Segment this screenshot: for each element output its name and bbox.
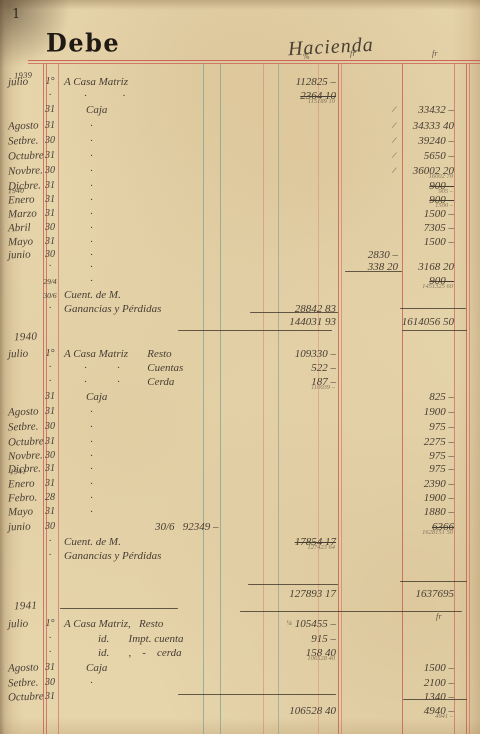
day-cell: 30 — [40, 249, 60, 260]
check-tick: / — [392, 150, 397, 160]
month-cell: Agosto — [8, 119, 39, 132]
small-correction: 1628151 50 — [422, 529, 453, 536]
amount-value: 1500 – — [424, 236, 454, 248]
description-cell: · — [90, 249, 93, 261]
description-cell: · — [90, 261, 93, 273]
description-cell: · — [90, 478, 93, 490]
day-cell: 30/6 — [40, 291, 60, 300]
ledger-row: Octubre31·2275 – — [0, 436, 480, 451]
amount-value: 2830 – — [368, 249, 398, 261]
ink-total-line — [248, 584, 338, 585]
description-cell: Caja — [86, 662, 107, 674]
small-correction: 4941 – — [435, 713, 453, 720]
ledger-row: julio1°A Casa Matriz Resto109330 – — [0, 348, 480, 363]
day-cell: 31 — [40, 691, 60, 702]
amount-cell-c: 2275 – — [400, 436, 454, 448]
amount-cell-a: 144031 93 — [228, 316, 336, 328]
day-cell: 29/4 — [40, 277, 60, 286]
amount-value: 522 – — [311, 362, 336, 374]
month-cell: Setbre. — [8, 420, 39, 433]
amount-cell-c: 825 – — [400, 391, 454, 403]
description-cell: · — [90, 165, 93, 177]
small-correction: 110039 – — [311, 384, 335, 391]
description-cell: A Casa Matriz — [64, 76, 128, 88]
amount-value: 975 – — [429, 450, 454, 462]
ledger-row: ·· · Cerda187 –110039 – — [0, 376, 480, 391]
ledger-row: julio1°A Casa Matriz, Resto¼105455 – — [0, 618, 480, 633]
description-cell: · — [90, 677, 93, 689]
description-cell: · — [90, 450, 93, 462]
description-cell: · — [90, 406, 93, 418]
day-cell: 31 — [40, 506, 60, 517]
amount-cell-a: 28842 83 — [228, 303, 336, 315]
day-cell: 31 — [40, 236, 60, 247]
day-cell: · — [40, 362, 60, 373]
month-cell: Abril — [8, 222, 31, 235]
month-cell: junio — [8, 521, 31, 534]
amount-value: 106528 40 — [289, 705, 336, 717]
check-tick: / — [392, 104, 397, 114]
month-cell: Agosto — [8, 405, 39, 418]
description-cell: · — [90, 222, 93, 234]
day-cell: 31 — [40, 120, 60, 131]
ledger-row: Febro.28·1900 – — [0, 492, 480, 507]
amount-value: 127893 17 — [289, 588, 336, 600]
day-cell: · — [40, 90, 60, 101]
page-number: 1 — [12, 7, 20, 22]
ledger-row: Agosto31Caja1500 – — [0, 662, 480, 677]
ledger-row: Novbre.30·36002 2016002 70/ — [0, 165, 480, 180]
description-cell: Ganancias y Pérdidas — [64, 550, 161, 562]
amount-value: 2100 – — [424, 677, 454, 689]
amount-value: 1880 – — [424, 506, 454, 518]
description-cell: id. , - cerda — [98, 647, 182, 659]
month-cell: Dicbre. — [8, 179, 41, 192]
ink-total-line — [400, 581, 467, 582]
amount-cell-c: 1637695 — [400, 588, 454, 600]
amount-cell-c: 33432 – — [400, 104, 454, 116]
day-cell: 31 — [40, 180, 60, 191]
description-cell: · — [90, 150, 93, 162]
month-cell: julio — [8, 348, 29, 361]
amount-cell-c: 63661628151 50 — [400, 521, 454, 533]
ledger-row: Dicbre.31·900 –905 – — [0, 180, 480, 195]
header-rule-top — [28, 60, 480, 61]
amount-cell-a: 127893 17 — [228, 588, 336, 600]
month-cell: Enero — [8, 194, 35, 207]
day-cell: 31 — [40, 391, 60, 402]
amount-cell-c: 3168 20 — [400, 261, 454, 273]
day-cell: 30 — [40, 135, 60, 146]
description-cell: · · Cerda — [84, 376, 174, 388]
month-cell: Agosto — [8, 661, 39, 674]
amount-value: 1637695 — [416, 588, 455, 600]
amount-value: 1900 – — [424, 492, 454, 504]
amount-value: 39240 – — [418, 135, 454, 147]
description-cell: · — [90, 421, 93, 433]
description-cell: Cuent. de M. — [64, 289, 121, 301]
day-cell: 1° — [40, 76, 60, 87]
amount-cell-c: 975 – — [400, 463, 454, 475]
amount-cell-c: 1500 – — [400, 236, 454, 248]
description-cell: A Casa Matriz, Resto — [64, 618, 163, 630]
month-cell: Enero — [8, 478, 35, 491]
month-cell: junio — [8, 249, 31, 262]
check-tick: / — [392, 120, 397, 130]
day-cell: 31 — [40, 436, 60, 447]
month-cell: Setbre. — [8, 134, 39, 147]
description-cell: id. Impt. cuenta — [98, 633, 184, 645]
amount-cell-a: 187 –110039 – — [228, 376, 336, 388]
ink-total-line — [240, 611, 462, 612]
amount-cell-c: 39240 – — [400, 135, 454, 147]
amount-value: 2275 – — [424, 436, 454, 448]
day-cell: 31 — [40, 463, 60, 474]
margin-mark: fr — [432, 49, 438, 58]
amount-value: 7305 – — [424, 222, 454, 234]
description-cell: Cuent. de M. — [64, 536, 121, 548]
margin-mark: fr — [350, 49, 356, 58]
ledger-row: Abril30·7305 – — [0, 222, 480, 237]
description-cell: · — [90, 208, 93, 220]
day-cell: 31 — [40, 662, 60, 673]
amount-cell-c: 34333 40 — [400, 120, 454, 132]
ledger-row: 144031 931614056 50 — [0, 316, 480, 331]
ledger-row: 127893 171637695 — [0, 588, 480, 603]
ledger-row: ·id. , - cerda158 40106528 40 — [0, 647, 480, 662]
month-cell: julio — [8, 618, 29, 631]
description-cell: · — [90, 120, 93, 132]
description-cell: Ganancias y Pérdidas — [64, 303, 161, 315]
ledger-row: Dicbre.31·975 – — [0, 463, 480, 478]
small-correction: 16002 70 — [429, 173, 453, 180]
ledger-row: Setbre.30·39240 –/ — [0, 135, 480, 150]
amount-value: 2390 – — [424, 478, 454, 490]
amount-cell-c: 1900 – — [400, 492, 454, 504]
amount-value: 1340 – — [424, 691, 454, 703]
ledger-row: junio3030/6 92349 –63661628151 50 — [0, 521, 480, 536]
amount-cell-a: 112825 – — [228, 76, 336, 88]
day-cell: · — [40, 536, 60, 547]
description-cell: · — [90, 436, 93, 448]
amount-value: 109330 – — [295, 348, 336, 360]
description-cell: · — [90, 194, 93, 206]
amount-cell-c: 7305 – — [400, 222, 454, 234]
description-cell: · — [90, 275, 93, 287]
amount-cell-c: 900 –905 – — [400, 180, 454, 192]
ledger-page: 1 Debe Hacienda 19391940194019411941juli… — [0, 0, 480, 734]
ledger-row: Setbre.30·2100 – — [0, 677, 480, 692]
amount-cell-c: 2390 – — [400, 478, 454, 490]
day-cell: 30 — [40, 521, 60, 532]
day-cell: 30 — [40, 421, 60, 432]
description-cell: Caja — [86, 104, 107, 116]
ledger-row: Marzo31·1500 – — [0, 208, 480, 223]
check-tick: / — [392, 135, 397, 145]
amount-value: 105455 – — [295, 618, 336, 630]
margin-mark: % — [303, 52, 310, 61]
description-cell: Caja — [86, 391, 107, 403]
ink-total-line — [60, 608, 178, 609]
description-cell: · · Cuentas — [84, 362, 183, 374]
day-cell: 31 — [40, 478, 60, 489]
ledger-row: 106528 404940 –4941 – — [0, 705, 480, 720]
amount-value: 975 – — [429, 463, 454, 475]
amount-value: 34333 40 — [413, 120, 454, 132]
description-cell: · — [90, 506, 93, 518]
month-cell: Mayo — [8, 506, 33, 519]
day-cell: 30 — [40, 222, 60, 233]
amount-cell-c: 36002 2016002 70 — [400, 165, 454, 177]
description-cell: · — [90, 135, 93, 147]
ledger-row: ·Ganancias y Pérdidas — [0, 550, 480, 565]
month-cell: Octubre — [8, 435, 44, 448]
amount-cell-c: 2100 – — [400, 677, 454, 689]
month-cell: Novbre. — [8, 164, 43, 177]
month-cell: Marzo — [8, 208, 37, 221]
month-cell: Octubre — [8, 690, 44, 703]
amount-cell-a: 2364 10115189 10 — [228, 90, 336, 102]
amount-cell-c: 1340 – — [400, 691, 454, 703]
amount-cell-a: 522 – — [228, 362, 336, 374]
month-cell: Dicbre. — [8, 462, 41, 475]
day-cell: 30 — [40, 165, 60, 176]
day-cell: 31 — [40, 150, 60, 161]
ledger-row: ·· ·2364 10115189 10 — [0, 90, 480, 105]
ledger-row: Agosto31·1900 – — [0, 406, 480, 421]
description-cell: · — [90, 463, 93, 475]
ledger-row: Enero31·2390 – — [0, 478, 480, 493]
amount-value: 28842 83 — [295, 303, 336, 315]
ledger-row: 29/4·900 –1451325 60 — [0, 275, 480, 290]
margin-mark: fr — [436, 612, 442, 621]
amount-value: 112825 – — [296, 76, 336, 88]
ledger-row: ·· · Cuentas522 – — [0, 362, 480, 377]
amount-cell-c: 1900 – — [400, 406, 454, 418]
amount-cell-c: 900 –1451325 60 — [400, 275, 454, 287]
month-cell: Novbre. — [8, 449, 43, 462]
amount-cell-c: 5650 – — [400, 150, 454, 162]
amount-cell-b: 2830 – — [344, 249, 398, 261]
ledger-row: 31Caja33432 –/ — [0, 104, 480, 119]
day-cell: 31 — [40, 406, 60, 417]
month-cell: Setbre. — [8, 676, 39, 689]
ledger-row: Octubre311340 – — [0, 691, 480, 706]
month-cell: Mayo — [8, 236, 33, 249]
amount-cell-c: 4940 –4941 – — [400, 705, 454, 717]
ledger-row: 31Caja825 – — [0, 391, 480, 406]
amount-value: 1500 – — [424, 662, 454, 674]
amount-cell-c: 975 – — [400, 421, 454, 433]
month-cell: Octubre — [8, 149, 44, 162]
day-cell: · — [40, 376, 60, 387]
month-cell: Febro. — [8, 491, 38, 504]
ledger-row: 30/6Cuent. de M. — [0, 289, 480, 304]
day-cell: · — [40, 303, 60, 314]
amount-value: 3168 20 — [418, 261, 454, 273]
amount-cell-a: 915 – — [228, 633, 336, 645]
amount-cell-a: 106528 40 — [228, 705, 336, 717]
ledger-row: Agosto31·34333 40/ — [0, 120, 480, 135]
header-rule-bottom — [28, 63, 480, 64]
month-cell: julio — [8, 76, 29, 89]
description-cell: · — [90, 180, 93, 192]
amount-cell-c: 1500 – — [400, 662, 454, 674]
description-cell: · · — [84, 90, 125, 102]
debe-heading: Debe — [46, 27, 120, 57]
day-cell: · — [40, 647, 60, 658]
ledger-row: Setbre.30·975 – — [0, 421, 480, 436]
amount-value: 975 – — [429, 421, 454, 433]
amount-cell-a: 158 40106528 40 — [228, 647, 336, 659]
ledger-row: Mayo31·1880 – — [0, 506, 480, 521]
ledger-row: Octubre31·5650 –/ — [0, 150, 480, 165]
amount-value: 338 20 — [368, 261, 398, 273]
amount-value: 144031 93 — [289, 316, 336, 328]
ledger-row: ·Cuent. de M.17854 17127423 64 — [0, 536, 480, 551]
hacienda-script-title: Hacienda — [287, 34, 374, 61]
ledger-row: Enero31·900 –1500 – — [0, 194, 480, 209]
day-cell: 1° — [40, 618, 60, 629]
description-cell: · — [90, 236, 93, 248]
day-cell: 30 — [40, 450, 60, 461]
day-cell: · — [40, 261, 60, 272]
amount-cell-a: ¼105455 – — [228, 618, 336, 630]
amount-cell-a: 17854 17127423 64 — [228, 536, 336, 548]
ledger-row: julio1°A Casa Matriz112825 – — [0, 76, 480, 91]
day-cell: · — [40, 633, 60, 644]
amount-cell-c: 1614056 50 — [400, 316, 454, 328]
amount-value: 33432 – — [418, 104, 454, 116]
description-cell: 30/6 92349 – — [155, 521, 219, 533]
amount-cell-c: 900 –1500 – — [400, 194, 454, 206]
ledger-row: ··338 203168 20 — [0, 261, 480, 276]
description-cell: A Casa Matriz Resto — [64, 348, 172, 360]
amount-value: 1900 – — [424, 406, 454, 418]
day-cell: · — [40, 550, 60, 561]
amount-value: 1500 – — [424, 208, 454, 220]
correction-mark: ¼ — [287, 619, 292, 627]
year-label: 1940 — [14, 331, 38, 344]
check-tick: / — [392, 165, 397, 175]
day-cell: 28 — [40, 492, 60, 503]
amount-cell-c: 1500 – — [400, 208, 454, 220]
amount-value: 915 – — [311, 633, 336, 645]
amount-cell-c: 975 – — [400, 450, 454, 462]
ledger-row: ·id. Impt. cuenta915 – — [0, 633, 480, 648]
day-cell: 30 — [40, 677, 60, 688]
amount-value: 5650 – — [424, 150, 454, 162]
day-cell: 31 — [40, 104, 60, 115]
amount-cell-a: 109330 – — [228, 348, 336, 360]
amount-value: 1614056 50 — [402, 316, 454, 328]
day-cell: 31 — [40, 208, 60, 219]
day-cell: 31 — [40, 194, 60, 205]
amount-cell-b: 338 20 — [344, 261, 398, 273]
day-cell: 1° — [40, 348, 60, 359]
description-cell: · — [90, 492, 93, 504]
amount-value: 825 – — [429, 391, 454, 403]
small-correction: 106528 40 — [307, 655, 335, 662]
amount-cell-c: 1880 – — [400, 506, 454, 518]
